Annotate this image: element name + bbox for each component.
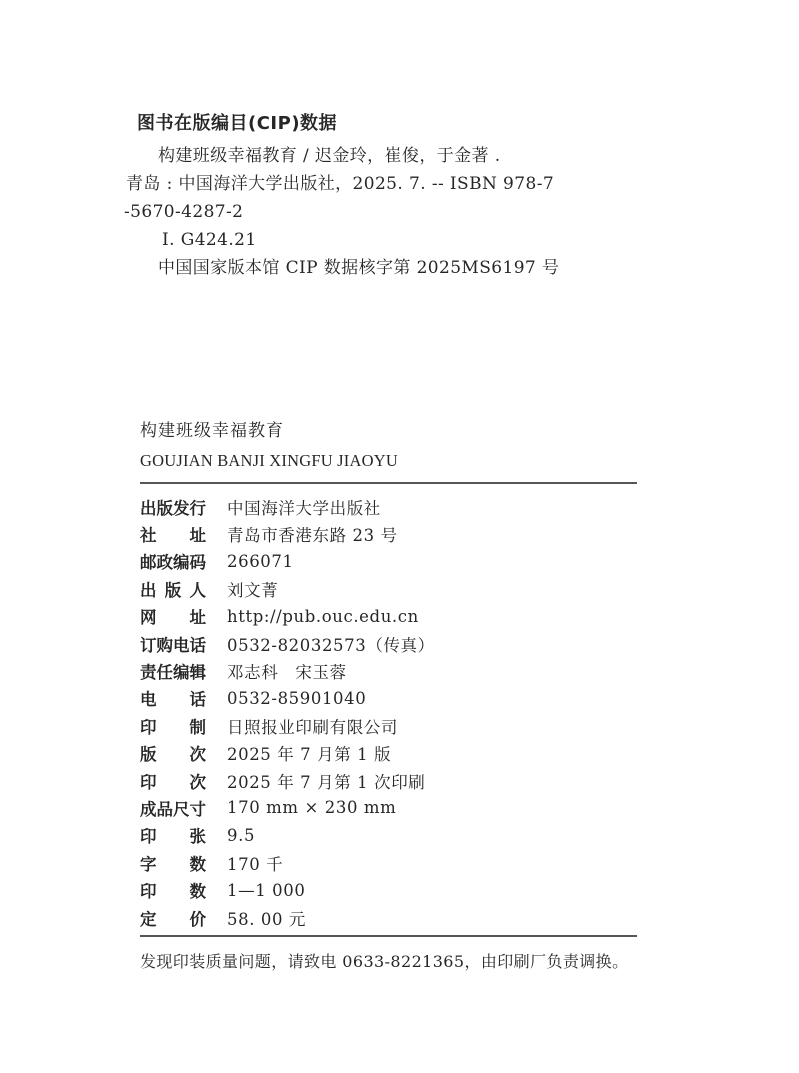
colophon-value: 1—1 000 bbox=[227, 881, 305, 900]
colophon-label: 印数 bbox=[140, 878, 206, 902]
colophon-value: 170 千 bbox=[227, 851, 283, 875]
colophon-label: 版次 bbox=[140, 741, 206, 765]
colophon-label: 责任编辑 bbox=[140, 659, 206, 683]
colophon-value: 中国海洋大学出版社 bbox=[227, 495, 381, 519]
divider-top bbox=[140, 482, 637, 484]
colophon-row-sheets: 印张 9.5 bbox=[140, 822, 660, 849]
colophon-label: 出版发行 bbox=[140, 495, 206, 519]
book-title-pinyin: GOUJIAN BANJI XINGFU JIAOYU bbox=[140, 450, 398, 472]
colophon-label: 字数 bbox=[140, 851, 206, 875]
colophon-label: 印制 bbox=[140, 714, 206, 738]
colophon-table: 出版发行 中国海洋大学出版社 社址 青岛市香港东路 23 号 邮政编码 2660… bbox=[140, 493, 660, 931]
colophon-row-publisher-person: 出版人 刘文菁 bbox=[140, 575, 660, 602]
colophon-label: 成品尺寸 bbox=[140, 796, 206, 820]
cip-line-classification: Ⅰ. G424.21 bbox=[124, 226, 684, 254]
colophon-value: 刘文菁 bbox=[227, 577, 278, 601]
colophon-value: 266071 bbox=[227, 552, 294, 571]
colophon-row-size: 成品尺寸 170 mm × 230 mm bbox=[140, 794, 660, 821]
colophon-value: 2025 年 7 月第 1 次印刷 bbox=[227, 769, 425, 793]
divider-bottom bbox=[140, 935, 637, 937]
colophon-row-phone: 电话 0532-85901040 bbox=[140, 685, 660, 712]
colophon-value: 170 mm × 230 mm bbox=[227, 798, 396, 817]
book-title-block: 构建班级幸福教育 GOUJIAN BANJI XINGFU JIAOYU bbox=[140, 419, 398, 472]
colophon-label: 印次 bbox=[140, 769, 206, 793]
colophon-label: 电话 bbox=[140, 686, 206, 710]
cip-line-isbn-continued: -5670-4287-2 bbox=[124, 198, 684, 226]
book-title-chinese: 构建班级幸福教育 bbox=[140, 419, 398, 443]
colophon-row-publisher: 出版发行 中国海洋大学出版社 bbox=[140, 493, 660, 520]
colophon-row-word-count: 字数 170 千 bbox=[140, 849, 660, 876]
cip-data-block: 图书在版编目(CIP)数据 构建班级幸福教育 / 迟金玲，崔俊，于金著 . 青岛… bbox=[124, 111, 684, 282]
cip-line-publisher-isbn: 青岛 : 中国海洋大学出版社，2025. 7. -- ISBN 978-7 bbox=[124, 170, 684, 198]
colophon-value: 9.5 bbox=[227, 826, 255, 845]
colophon-label: 订购电话 bbox=[140, 632, 206, 656]
colophon-value: http://pub.ouc.edu.cn bbox=[227, 607, 419, 626]
colophon-row-website: 网址 http://pub.ouc.edu.cn bbox=[140, 603, 660, 630]
colophon-row-print-run: 印数 1—1 000 bbox=[140, 876, 660, 903]
colophon-row-printing: 印次 2025 年 7 月第 1 次印刷 bbox=[140, 767, 660, 794]
colophon-row-postcode: 邮政编码 266071 bbox=[140, 548, 660, 575]
colophon-label: 邮政编码 bbox=[140, 549, 206, 573]
cip-heading: 图书在版编目(CIP)数据 bbox=[137, 111, 684, 137]
colophon-row-printer: 印制 日照报业印刷有限公司 bbox=[140, 712, 660, 739]
colophon-row-address: 社址 青岛市香港东路 23 号 bbox=[140, 520, 660, 547]
colophon-row-edition: 版次 2025 年 7 月第 1 版 bbox=[140, 740, 660, 767]
colophon-label: 社址 bbox=[140, 522, 206, 546]
cip-line-record-number: 中国国家版本馆 CIP 数据核字第 2025MS6197 号 bbox=[124, 254, 684, 282]
colophon-label: 出版人 bbox=[140, 577, 206, 601]
colophon-value: 0532-82032573（传真） bbox=[227, 632, 435, 656]
colophon-label: 定价 bbox=[140, 906, 206, 930]
colophon-row-order-phone: 订购电话 0532-82032573（传真） bbox=[140, 630, 660, 657]
colophon-row-price: 定价 58. 00 元 bbox=[140, 904, 660, 931]
copyright-page: { "cip": { "heading": "图书在版编目(CIP)数据", "… bbox=[0, 0, 799, 1073]
colophon-value: 0532-85901040 bbox=[227, 689, 366, 708]
colophon-label: 印张 bbox=[140, 823, 206, 847]
colophon-value: 青岛市香港东路 23 号 bbox=[227, 522, 398, 546]
print-quality-notice: 发现印装质量问题，请致电 0633-8221365，由印刷厂负责调换。 bbox=[140, 950, 660, 974]
colophon-value: 58. 00 元 bbox=[227, 906, 306, 930]
colophon-value: 2025 年 7 月第 1 版 bbox=[227, 741, 391, 765]
colophon-label: 网址 bbox=[140, 604, 206, 628]
colophon-value: 日照报业印刷有限公司 bbox=[227, 714, 398, 738]
colophon-value: 邓志科 宋玉蓉 bbox=[227, 659, 347, 683]
cip-line-title-authors: 构建班级幸福教育 / 迟金玲，崔俊，于金著 . bbox=[124, 142, 684, 170]
colophon-row-editors: 责任编辑 邓志科 宋玉蓉 bbox=[140, 657, 660, 684]
